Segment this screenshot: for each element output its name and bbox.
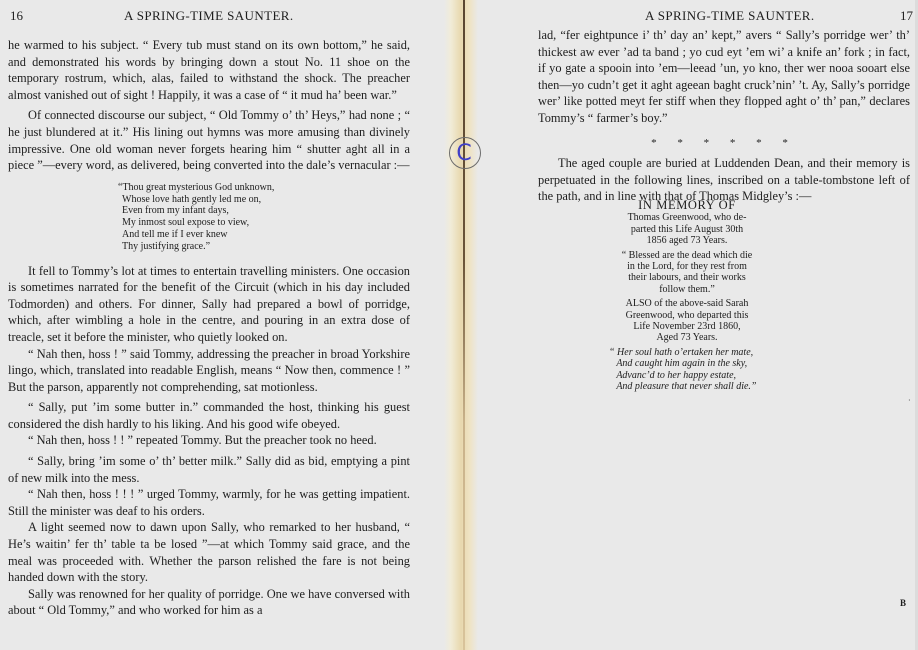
right-page: A SPRING-TIME SAUNTER. 17 lad, “fer eigh…: [462, 0, 918, 650]
epitaph-line: Greenwood, who departed this: [607, 310, 767, 321]
paragraph: “ Sally, bring ’im some o’ th’ better mi…: [8, 453, 410, 486]
paragraph: It fell to Tommy’s lot at times to enter…: [8, 263, 410, 346]
epitaph-line: 1856 aged 73 Years.: [607, 235, 767, 246]
left-body: he warmed to his subject. “ Every tub mu…: [8, 37, 410, 619]
paragraph: lad, “fer eightpunce i’ th’ day an’ kept…: [538, 27, 910, 127]
epitaph-line: follow them.”: [607, 284, 767, 295]
paragraph: “ Sally, put ’im some butter in.” comman…: [8, 399, 410, 432]
hymn-line: My inmost soul expose to view,: [118, 217, 410, 229]
hymn-line: “Thou great mysterious God unknown,: [118, 182, 410, 194]
book-spread: 16 A SPRING-TIME SAUNTER. he warmed to h…: [0, 0, 918, 650]
epitaph-line: Aged 73 Years.: [607, 332, 767, 343]
verse-line: And caught him again in the sky,: [609, 358, 767, 369]
paragraph: A light seemed now to dawn upon Sally, w…: [8, 519, 410, 585]
epitaph-verse: “ Her soul hath o’ertaken her mate, And …: [607, 347, 767, 393]
page-number-right: 17: [900, 8, 913, 24]
paper-speck: ·: [908, 396, 911, 405]
section-separator: * * * * * *: [538, 135, 910, 152]
hymn-line: Even from my infant days,: [118, 205, 410, 217]
hymn-line: Thy justifying grace.”: [118, 241, 410, 253]
paragraph: Of connected discourse our subject, “ Ol…: [8, 107, 410, 173]
running-head-left: A SPRING-TIME SAUNTER.: [124, 8, 294, 24]
epitaph-line: “ Blessed are the dead which die: [607, 250, 767, 261]
verse-line: “ Her soul hath o’ertaken her mate,: [609, 347, 767, 358]
paragraph: he warmed to his subject. “ Every tub mu…: [8, 37, 410, 103]
epitaph-title: IN MEMORY OF: [607, 200, 767, 211]
epitaph-line: Thomas Greenwood, who de-: [607, 212, 767, 223]
epitaph-line: parted this Life August 30th: [607, 224, 767, 235]
paragraph: “ Nah then, hoss ! ! ! ” urged Tommy, wa…: [8, 486, 410, 519]
epitaph-scripture: “ Blessed are the dead which die in the …: [607, 250, 767, 296]
paragraph: “ Nah then, hoss ! ” said Tommy, address…: [8, 346, 410, 396]
running-head-right: A SPRING-TIME SAUNTER.: [645, 8, 815, 24]
left-page: 16 A SPRING-TIME SAUNTER. he warmed to h…: [0, 0, 462, 650]
epitaph-line: in the Lord, for they rest from: [607, 261, 767, 272]
epitaph-inscription: IN MEMORY OF Thomas Greenwood, who de- p…: [607, 200, 767, 393]
hymn-line: And tell me if I ever knew: [118, 229, 410, 241]
verse-line: Advanc’d to her happy estate,: [609, 370, 767, 381]
hymn-quote: “Thou great mysterious God unknown, Whos…: [118, 182, 410, 253]
epitaph-block-thomas: Thomas Greenwood, who de- parted this Li…: [607, 212, 767, 246]
verse-line: And pleasure that never shall die.”: [609, 381, 767, 392]
right-body: lad, “fer eightpunce i’ th’ day an’ kept…: [538, 27, 910, 205]
hymn-line: Whose love hath gently led me on,: [118, 194, 410, 206]
epitaph-line: ALSO of the above-said Sarah: [607, 298, 767, 309]
epitaph-line: their labours, and their works: [607, 272, 767, 283]
epitaph-block-sarah: ALSO of the above-said Sarah Greenwood, …: [607, 298, 767, 344]
page-number-left: 16: [10, 8, 23, 24]
paragraph: Sally was renowned for her quality of po…: [8, 586, 410, 619]
paragraph: “ Nah then, hoss ! ! ” repeated Tommy. B…: [8, 432, 410, 449]
epitaph-line: Life November 23rd 1860,: [607, 321, 767, 332]
signature-mark: B: [900, 598, 906, 608]
